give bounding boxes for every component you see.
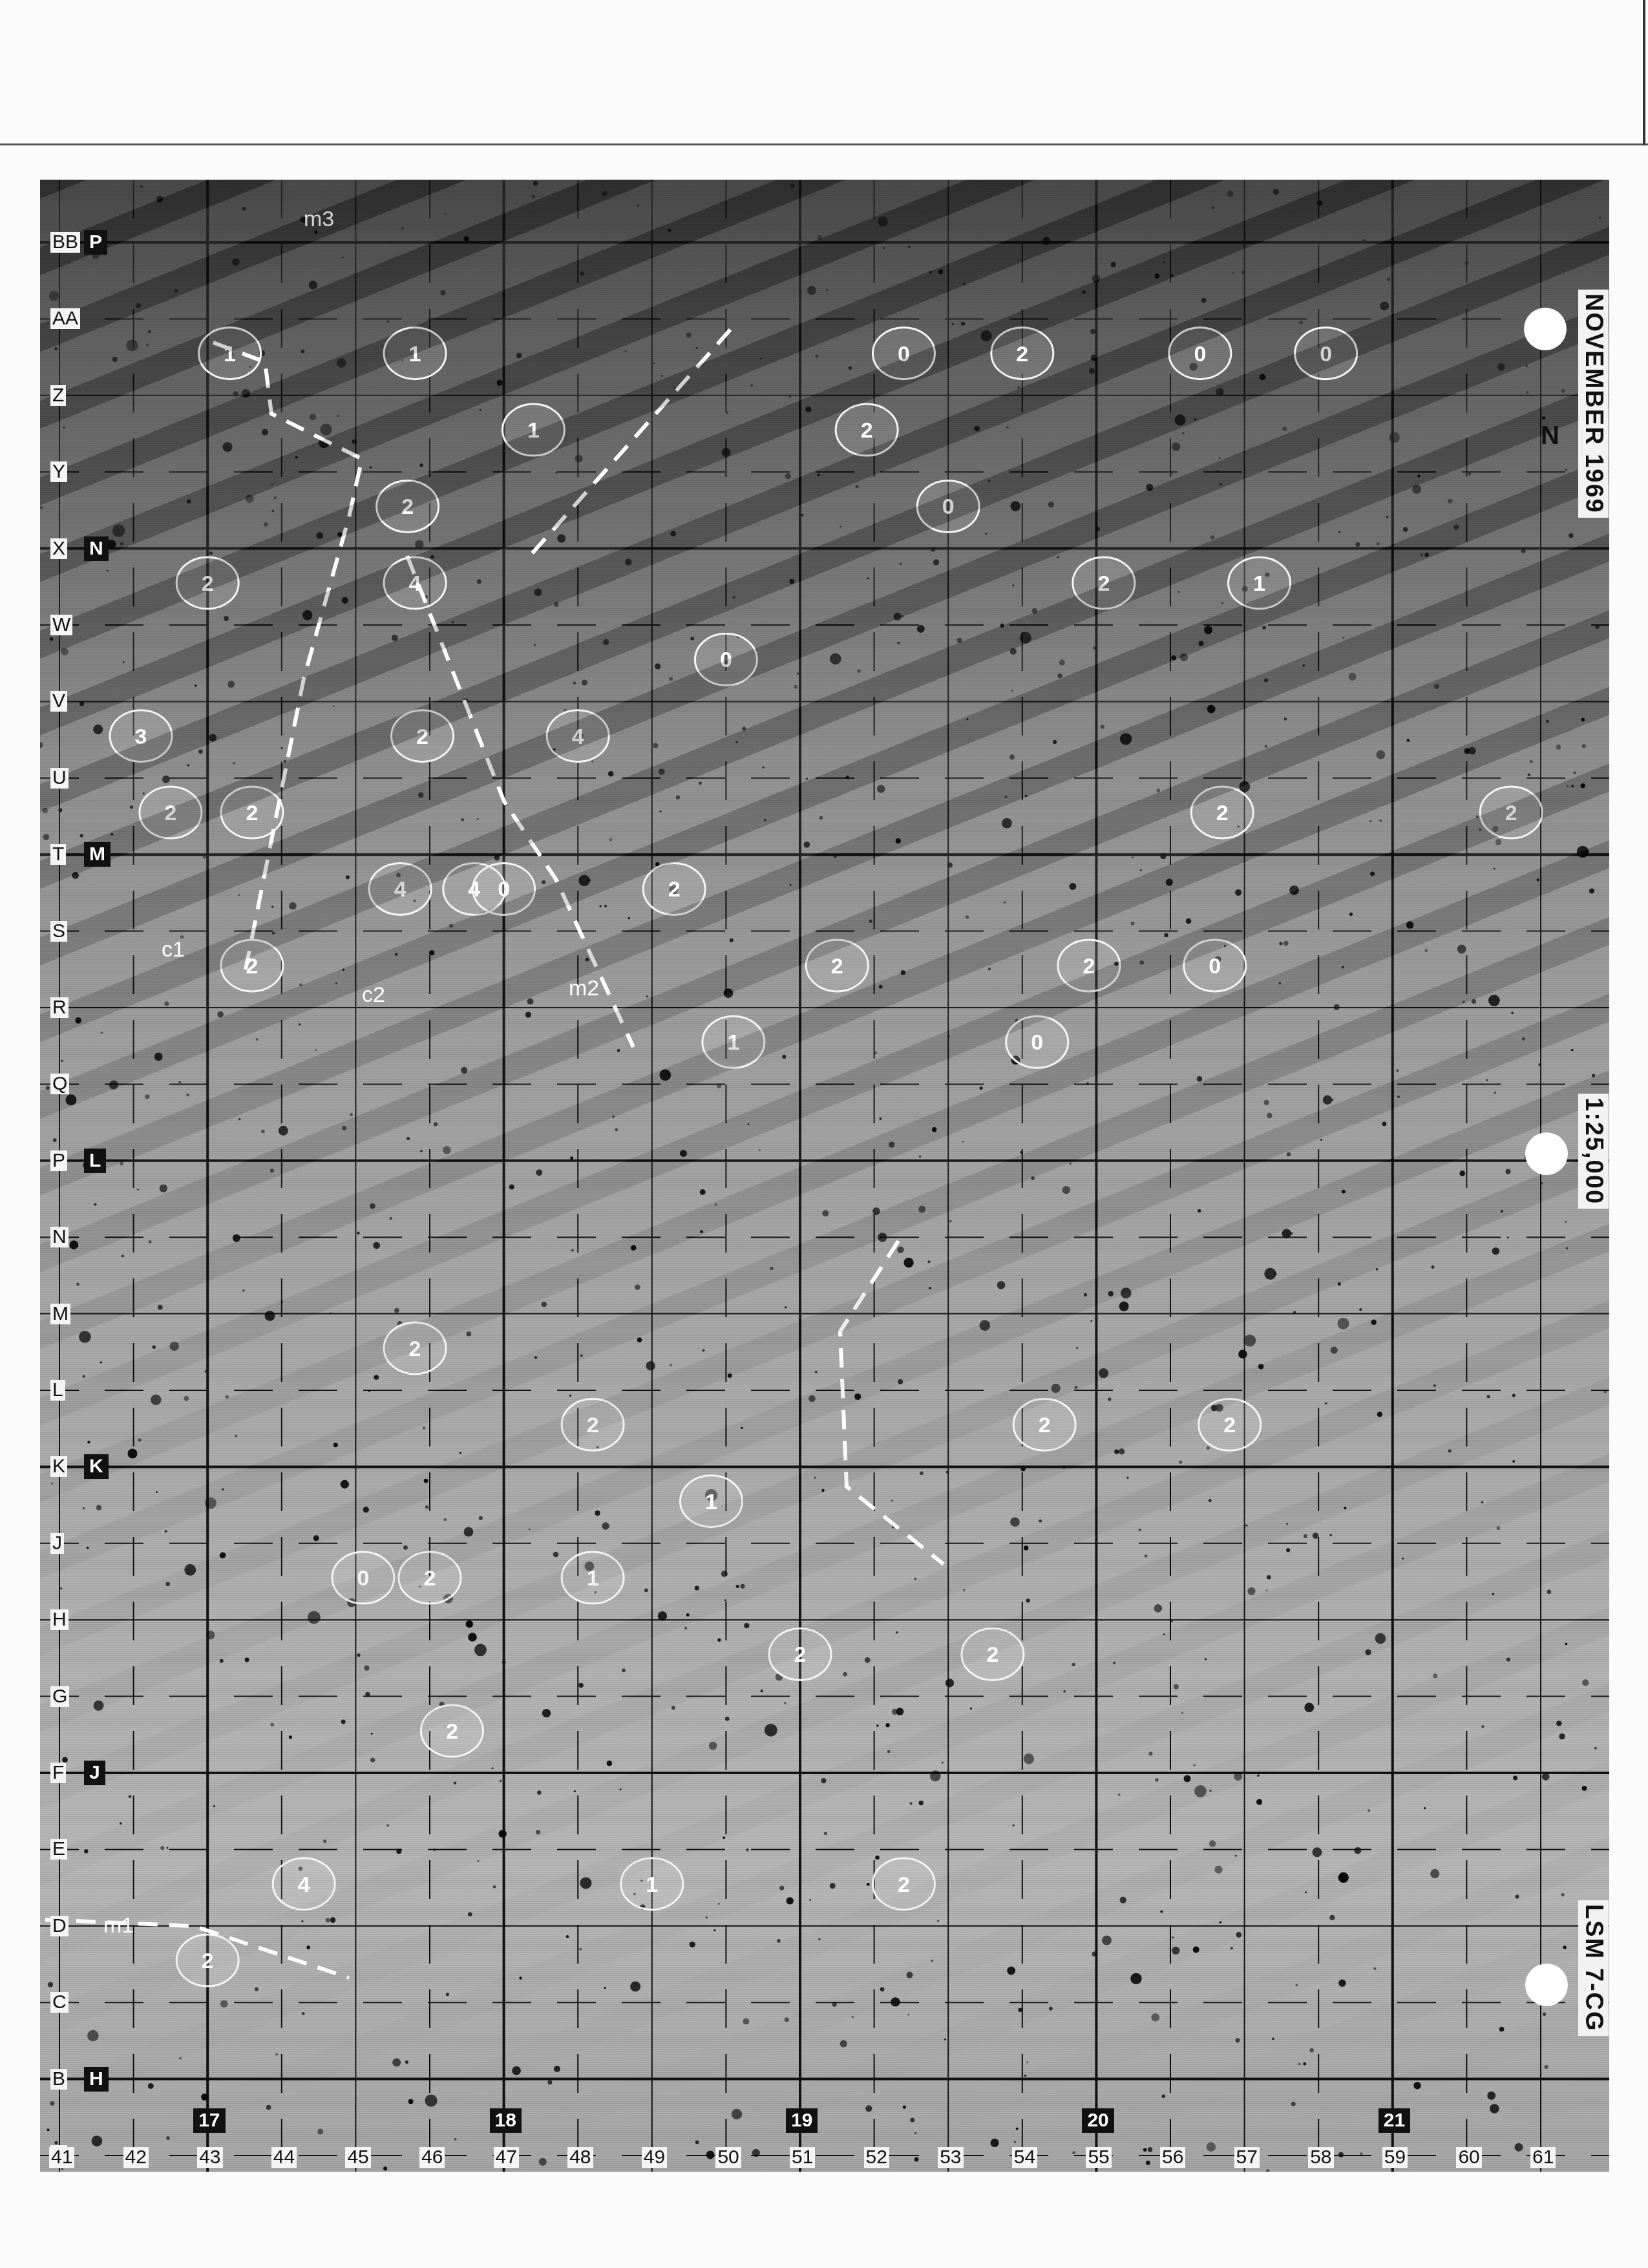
crater-spot <box>1160 853 1166 859</box>
crater-spot <box>1468 747 1476 755</box>
column-label: 46 <box>419 2147 445 2168</box>
crater-spot <box>120 542 123 546</box>
crater-spot <box>79 701 84 706</box>
crater-spot <box>186 1094 189 1097</box>
row-label: X <box>50 538 67 559</box>
crater-spot <box>337 415 339 417</box>
crater-spot <box>112 524 125 536</box>
crater-spot <box>541 1302 547 1308</box>
crater-spot <box>492 1767 494 1769</box>
crater-outline <box>991 328 1053 379</box>
crater-spot <box>1567 785 1569 787</box>
crater-spot <box>451 621 454 624</box>
column-label: 56 <box>1160 2147 1185 2168</box>
crater-spot <box>1599 217 1601 218</box>
crater-spot <box>401 359 403 361</box>
crater-class-label: 1 <box>527 418 540 443</box>
crater-spot <box>1146 2161 1150 2165</box>
crater-spot <box>1320 1139 1322 1141</box>
crater-spot <box>1329 1915 1335 1920</box>
crater-spot <box>1282 1229 1291 1238</box>
crater-spot <box>1108 1291 1114 1296</box>
crater-spot <box>1377 542 1380 546</box>
crater-spot <box>1092 1951 1097 1956</box>
crater-spot <box>1132 856 1134 858</box>
crater-spot <box>1189 363 1197 370</box>
crater-spot <box>1338 1318 1349 1330</box>
crater-spot <box>1172 442 1180 450</box>
crater-spot <box>674 387 677 390</box>
crater-spot <box>1468 472 1471 476</box>
crater-spot <box>477 579 481 584</box>
crater-spot <box>1062 1466 1066 1469</box>
crater-spot <box>746 1849 749 1852</box>
crater-class-label: 2 <box>1083 954 1095 979</box>
crater-spot <box>554 602 558 607</box>
crater-spot <box>153 1346 156 1349</box>
registration-dot-middle <box>1525 1132 1568 1175</box>
crater-spot <box>1386 516 1388 518</box>
crater-spot <box>660 811 662 812</box>
crater-spot <box>301 350 305 354</box>
crater-spot <box>1289 885 1299 895</box>
crater-spot <box>154 1052 163 1061</box>
crater-spot <box>295 456 298 459</box>
crater-spot <box>818 235 822 240</box>
crater-spot <box>1241 271 1245 274</box>
major-row-box: K <box>84 1454 109 1479</box>
crater-spot <box>256 1038 259 1041</box>
crater-spot <box>76 1283 79 1286</box>
crater-spot <box>724 1599 726 1601</box>
crater-class-label: 4 <box>409 571 421 596</box>
crater-spot <box>1542 416 1545 419</box>
crater-spot <box>896 838 901 843</box>
crater-spot <box>371 1733 373 1735</box>
crater-spot <box>392 635 398 641</box>
crater-spot <box>777 1939 781 1943</box>
crater-spot <box>396 873 401 877</box>
row-label: W <box>50 615 72 635</box>
crater-spot <box>266 2105 271 2110</box>
crater-spot <box>1145 1554 1148 1558</box>
crater-spot <box>1556 1721 1561 1726</box>
crater-spot <box>834 856 836 858</box>
crater-spot <box>1577 846 1589 858</box>
crater-spot <box>1594 1747 1597 1750</box>
crater-spot <box>736 1585 739 1588</box>
crater-spot <box>1486 1079 1488 1081</box>
crater-spot <box>1238 1350 1247 1359</box>
crater-spot <box>1556 745 1561 750</box>
crater-class-label: 2 <box>898 1872 910 1897</box>
crater-spot <box>1171 472 1173 474</box>
crater-spot <box>165 1582 169 1585</box>
column-label: 42 <box>123 2147 149 2168</box>
crater-spot <box>760 357 762 359</box>
crater-spot <box>814 1476 816 1478</box>
crater-spot <box>40 506 43 509</box>
crater-spot <box>527 999 534 1005</box>
crater-spot <box>789 396 791 398</box>
crater-outline <box>140 787 202 838</box>
crater-spot <box>1072 1663 1075 1666</box>
crater-spot <box>1048 502 1054 507</box>
crater-spot <box>765 1724 777 1737</box>
crater-spot <box>461 818 463 821</box>
row-label: F <box>50 1763 66 1783</box>
crater-spot <box>357 1231 359 1234</box>
crater-spot <box>1369 820 1372 822</box>
crater-spot <box>991 2139 999 2147</box>
crater-spot <box>498 1830 506 1838</box>
crater-spot <box>721 448 730 457</box>
crater-spot <box>84 1849 88 1853</box>
crater-spot <box>1193 1947 1199 1953</box>
crater-spot <box>467 1331 472 1337</box>
crater-spot <box>785 473 791 479</box>
crater-spot <box>342 1126 346 1130</box>
crater-spot <box>264 522 268 526</box>
crater-spot <box>1265 573 1269 577</box>
crater-spot <box>1005 796 1008 798</box>
crater-spot <box>1131 922 1135 926</box>
crater-spot <box>1377 1412 1382 1417</box>
crater-spot <box>929 1287 931 1289</box>
crater-spot <box>1565 469 1567 471</box>
crater-spot <box>1143 2148 1147 2152</box>
crater-class-label: 2 <box>1016 342 1028 366</box>
crater-spot <box>206 1631 215 1640</box>
crater-spot <box>670 1364 672 1366</box>
row-label: J <box>50 1533 64 1554</box>
crater-spot <box>123 661 125 663</box>
crater-spot <box>1494 1092 1496 1094</box>
crater-spot <box>1070 883 1077 890</box>
crater-class-label: 2 <box>986 1642 998 1667</box>
crater-spot <box>233 391 238 396</box>
crater-spot <box>879 985 883 989</box>
crater-spot <box>47 2128 50 2131</box>
column-label: 43 <box>197 2147 222 2168</box>
crater-spot <box>130 805 133 809</box>
row-label: N <box>50 1227 69 1247</box>
crater-spot <box>242 1289 245 1292</box>
crater-spot <box>1273 189 1279 195</box>
crater-spot <box>1090 329 1095 334</box>
crater-class-label: 2 <box>202 1949 214 1973</box>
crater-spot <box>564 708 566 710</box>
crater-spot <box>748 1123 750 1125</box>
crater-outline <box>377 480 439 532</box>
row-label: BB <box>50 232 80 253</box>
crater-spot <box>46 1086 50 1090</box>
crater-spot <box>1571 785 1574 787</box>
crater-spot <box>1354 1847 1361 1854</box>
crater-spot <box>222 442 232 452</box>
crater-spot <box>1303 2062 1306 2066</box>
crater-spot <box>1338 1282 1341 1286</box>
crater-spot <box>599 905 601 907</box>
crater-spot <box>1397 1096 1400 1098</box>
crater-spot <box>617 1049 620 1052</box>
crater-outline <box>443 863 505 915</box>
crater-spot <box>875 1856 880 1860</box>
crater-spot <box>49 291 59 301</box>
crater-spot <box>1522 1037 1525 1041</box>
crater-spot <box>43 834 49 840</box>
major-row-box: M <box>84 842 111 867</box>
crater-class-label: 2 <box>1097 571 1110 596</box>
crater-spot <box>1219 457 1221 459</box>
crater-spot <box>1338 1980 1346 1987</box>
crater-spot <box>1014 2141 1016 2143</box>
crater-spot <box>938 270 944 275</box>
crater-spot <box>1376 1268 1379 1271</box>
crater-spot <box>468 1912 472 1916</box>
crater-spot <box>931 1960 933 1962</box>
crater-spot <box>539 2158 547 2166</box>
crater-spot <box>419 1585 421 1588</box>
crater-spot <box>1146 483 1153 491</box>
crater-spot <box>1209 1499 1212 1502</box>
crater-spot <box>1215 956 1221 962</box>
crater-spot <box>1490 2104 1499 2114</box>
crater-spot <box>573 681 576 684</box>
crater-spot <box>401 228 404 230</box>
crater-spot <box>553 1552 558 1557</box>
crater-spot <box>299 1867 302 1871</box>
crater-spot <box>635 1284 640 1289</box>
column-label: 55 <box>1086 2147 1111 2168</box>
crater-spot <box>82 1375 85 1378</box>
crater-spot <box>1197 1076 1203 1082</box>
crater-spot <box>308 1611 321 1624</box>
crater-spot <box>849 366 852 370</box>
crater-spot <box>534 1356 537 1359</box>
crater-outline <box>695 633 757 685</box>
crater-spot <box>970 1708 973 1710</box>
crater-spot <box>1204 626 1212 634</box>
crater-spot <box>1184 1775 1191 1782</box>
crater-spot <box>584 1562 594 1571</box>
crater-spot <box>1162 2095 1165 2098</box>
crater-spot <box>588 879 591 882</box>
crater-spot <box>1179 1461 1182 1464</box>
crater-class-label: 0 <box>898 342 910 366</box>
crater-spot <box>891 1500 893 1501</box>
crater-spot <box>335 982 337 984</box>
crater-spot <box>100 1361 103 1364</box>
crater-spot <box>87 2030 99 2042</box>
column-label: 53 <box>938 2147 963 2168</box>
crater-spot <box>625 558 631 565</box>
crater-spot <box>1042 237 1051 245</box>
crater-spot <box>350 1113 353 1116</box>
crater-spot <box>434 1122 438 1126</box>
crater-spot <box>1309 2048 1314 2053</box>
crater-spot <box>289 902 297 910</box>
crater-spot <box>1521 549 1525 553</box>
crater-spot <box>275 2053 278 2055</box>
crater-spot <box>1349 913 1353 916</box>
crater-spot <box>500 1780 502 1783</box>
crater-spot <box>1313 1532 1319 1539</box>
crater-class-label: 2 <box>416 725 428 749</box>
crater-spot <box>1257 1774 1260 1777</box>
crater-spot <box>156 196 163 202</box>
crater-spot <box>1114 1450 1119 1454</box>
crater-spot <box>148 330 151 334</box>
crater-spot <box>1154 1604 1163 1613</box>
crater-spot <box>1256 1799 1262 1805</box>
crater-spot <box>94 1203 96 1205</box>
crater-spot <box>1371 1319 1377 1325</box>
crater-spot <box>770 1267 773 1270</box>
crater-spot <box>1424 1807 1426 1809</box>
row-label: G <box>50 1686 69 1707</box>
crater-spot <box>1282 427 1287 431</box>
crater-spot <box>1019 2008 1022 2011</box>
crater-outline <box>199 328 261 379</box>
crater-spot <box>337 532 343 537</box>
crater-spot <box>957 638 962 643</box>
crater-spot <box>1573 772 1576 774</box>
crater-spot <box>220 1553 226 1559</box>
crater-spot <box>789 579 794 584</box>
scale-label: 1:25,000 <box>1578 1094 1609 1209</box>
column-label: 52 <box>864 2147 889 2168</box>
crater-spot <box>762 767 764 768</box>
crater-spot <box>671 1706 675 1710</box>
crater-spot <box>840 525 841 527</box>
crater-spot <box>383 2167 387 2170</box>
crater-spot <box>1387 277 1391 281</box>
crater-class-label: 2 <box>246 954 258 979</box>
crater-spot <box>644 1589 648 1593</box>
crater-spot <box>1010 1517 1020 1527</box>
crater-spot <box>807 286 816 295</box>
crater-spot <box>1262 626 1266 630</box>
crater-spot <box>1501 1210 1503 1213</box>
crater-outline <box>1480 787 1542 838</box>
crater-spot <box>1293 1311 1296 1313</box>
crater-spot <box>464 1527 474 1537</box>
crater-class-label: 2 <box>424 1566 436 1591</box>
crater-spot <box>700 1230 703 1233</box>
crater-spot <box>148 2083 154 2089</box>
crater-class-label: 1 <box>705 1490 717 1514</box>
crater-spot <box>220 2000 228 2008</box>
crater-spot <box>425 2094 437 2106</box>
crater-spot <box>1512 1460 1515 1463</box>
crater-spot <box>1515 2143 1523 2152</box>
crater-spot <box>1258 1364 1264 1370</box>
crater-spot <box>907 1972 913 1978</box>
major-row-box: H <box>84 2067 109 2092</box>
crater-spot <box>1193 1764 1195 1766</box>
crater-spot <box>742 726 746 730</box>
crater-spot <box>696 347 698 349</box>
crater-spot <box>109 1080 118 1089</box>
crater-spot <box>229 352 233 356</box>
crater-spot <box>314 230 318 234</box>
row-label: E <box>50 1839 67 1860</box>
crater-spot <box>695 2140 699 2144</box>
crater-spot <box>843 1672 847 1677</box>
crater-spot <box>444 213 446 215</box>
crater-spot <box>187 764 190 767</box>
crater-spot <box>597 1446 598 1448</box>
crater-spot <box>1433 1673 1437 1678</box>
crater-spot <box>209 734 217 742</box>
crater-spot <box>184 1396 189 1401</box>
crater-spot <box>261 1130 265 1134</box>
crater-spot <box>454 2138 457 2141</box>
crater-outline <box>221 940 283 991</box>
row-label: M <box>50 1304 70 1324</box>
crater-spot <box>233 1235 240 1242</box>
crater-spot <box>1375 1633 1386 1644</box>
crater-spot <box>1457 945 1466 954</box>
crater-spot <box>151 1395 161 1405</box>
crater-spot <box>1538 1063 1541 1066</box>
crater-spot <box>805 407 811 412</box>
crater-spot <box>914 2132 916 2134</box>
crater-spot <box>579 1948 582 1951</box>
crater-spot <box>609 838 613 842</box>
crater-spot <box>1164 933 1168 937</box>
north-arrow-label: N <box>1541 421 1559 450</box>
crater-class-label: 2 <box>587 1413 599 1437</box>
crater-spot <box>1286 1523 1288 1525</box>
row-label: V <box>50 691 67 712</box>
registration-dot-top <box>1524 308 1567 350</box>
crater-spot <box>1279 942 1282 945</box>
crater-spot <box>238 1118 240 1120</box>
crater-spot <box>557 535 565 543</box>
crater-spot <box>637 1337 642 1342</box>
crater-spot <box>566 1935 569 1938</box>
crater-spot <box>461 1067 467 1074</box>
crater-spot <box>330 1917 336 1923</box>
crater-spot <box>782 1055 786 1059</box>
crater-class-label: 2 <box>794 1642 807 1667</box>
crater-spot <box>281 1301 283 1303</box>
crater-spot <box>1155 1778 1159 1782</box>
crater-spot <box>897 642 900 644</box>
crater-class-label: 1 <box>587 1566 599 1591</box>
crater-outline <box>384 1322 446 1374</box>
crater-spot <box>1212 206 1214 209</box>
row-label: B <box>50 2069 67 2090</box>
crater-outline <box>1184 940 1246 991</box>
crater-class-label: 2 <box>1505 801 1517 825</box>
crater-spot <box>92 2136 103 2146</box>
crater-spot <box>1355 542 1360 547</box>
crater-spot <box>222 1489 224 1490</box>
contact-line <box>407 556 633 1047</box>
crater-spot <box>1024 2074 1027 2077</box>
crater-spot <box>519 1977 522 1980</box>
crater-spot <box>1373 1967 1376 1970</box>
crater-spot <box>1235 2038 1240 2042</box>
crater-spot <box>604 1987 606 1989</box>
crater-spot <box>1221 602 1223 604</box>
crater-spot <box>1499 2027 1505 2032</box>
row-label: D <box>50 1916 69 1936</box>
crater-spot <box>797 673 799 675</box>
